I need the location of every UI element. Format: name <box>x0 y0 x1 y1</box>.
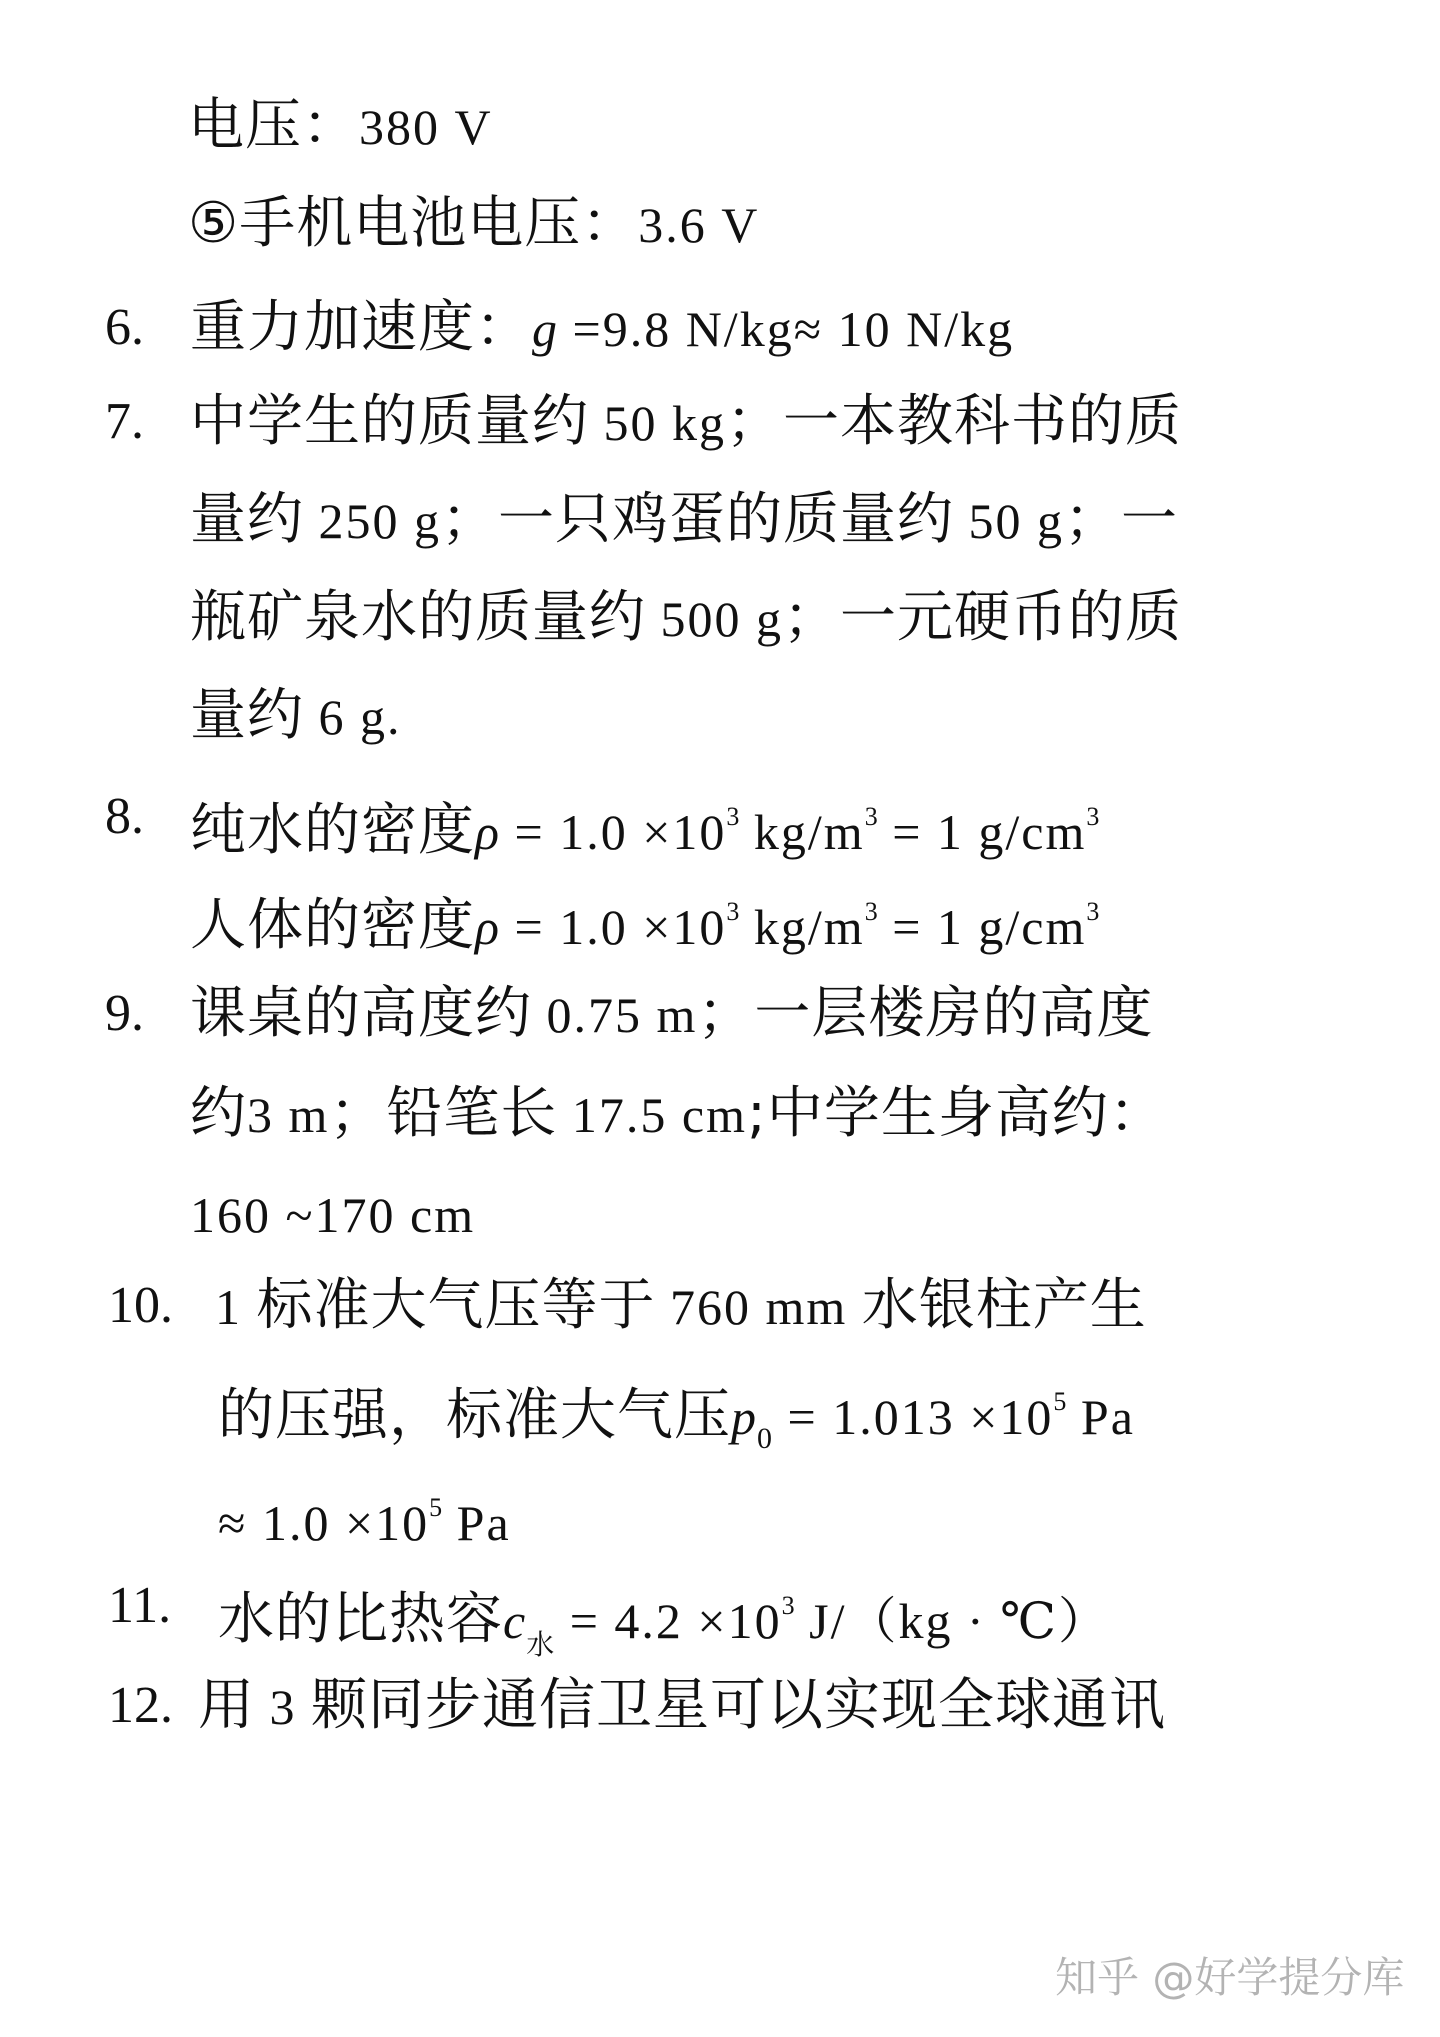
subscript: 0 <box>757 1422 773 1455</box>
value-text: 160 ~170 cm <box>190 1187 475 1243</box>
item-number: 9. <box>105 982 144 1046</box>
text: 水银柱产生 <box>862 1273 1147 1338</box>
subscript: 水 <box>526 1628 555 1661</box>
text: ;中学生身高约： <box>747 1081 1166 1146</box>
value-text: 3 m <box>247 1087 329 1143</box>
circled-number-marker: ⑤ <box>188 191 239 256</box>
value-text: 760 mm <box>656 1279 862 1335</box>
text: ；一本教科书的质 <box>726 389 1182 454</box>
label-text: 重力加速度： <box>190 295 532 360</box>
value-text: =9.8 N/kg≈ 10 N/kg <box>558 301 1014 357</box>
variable-c: c <box>503 1593 526 1649</box>
item-9-line-3: 160 ~170 cm <box>190 1182 475 1246</box>
item-9-line-2: 约3 m；铅笔长 17.5 cm;中学生身高约： <box>190 1082 1166 1146</box>
item-10-line-2: 的压强，标准大气压p0 = 1.013 ×105 Pa <box>218 1370 1135 1434</box>
unit-text: Pa <box>1066 1389 1135 1445</box>
value-text: 1 <box>215 1279 257 1335</box>
item-8-line-2: 人体的密度ρ = 1.0 ×103 kg/m3 = 1 g/cm3 <box>190 880 1099 944</box>
value-text: = 1.0 ×10 <box>500 899 726 955</box>
item-7-line-1: 中学生的质量约 50 kg；一本教科书的质 <box>190 390 1182 454</box>
value-text: ≈ 1.0 ×10 <box>218 1495 429 1551</box>
variable-p: p <box>731 1389 757 1445</box>
text: 量约 <box>190 487 304 552</box>
label-text: 电压： <box>188 93 359 158</box>
item-7-line-3: 瓶矿泉水的质量约 500 g；一元硬币的质 <box>190 586 1182 650</box>
exponent: 3 <box>782 1591 795 1620</box>
exponent: 3 <box>865 802 878 831</box>
value-text: = 1.013 ×10 <box>773 1389 1053 1445</box>
item-12-line-1: 用 3 颗同步通信卫星可以实现全球通讯 <box>198 1674 1166 1738</box>
value-text: 3 <box>255 1679 311 1735</box>
variable-rho: ρ <box>475 899 500 955</box>
item-7-line-2: 量约 250 g；一只鸡蛋的质量约 50 g；一 <box>190 488 1178 552</box>
text: 中学生的质量约 <box>190 389 589 454</box>
text: 的压强，标准大气压 <box>218 1383 731 1448</box>
exponent: 5 <box>1053 1387 1066 1416</box>
value-text: 0.75 m <box>532 987 697 1043</box>
item-7-line-4: 量约 6 g. <box>190 684 402 748</box>
value-text: 50 g <box>954 493 1064 549</box>
item-number: 12. <box>108 1674 173 1738</box>
text: ；一层楼房的高度 <box>697 981 1153 1046</box>
unit-text: kg/m <box>739 804 864 860</box>
text: 约 <box>190 1081 247 1146</box>
text: ；铅笔长 <box>329 1081 557 1146</box>
variable-g: g <box>532 301 558 357</box>
item-9-line-1: 课桌的高度约 0.75 m；一层楼房的高度 <box>190 982 1153 1046</box>
exponent: 3 <box>726 802 739 831</box>
text: 量约 <box>190 683 304 748</box>
value-text: 250 g <box>304 493 441 549</box>
text: 课桌的高度约 <box>190 981 532 1046</box>
item-4-line-1: 电压：380 V <box>188 94 493 158</box>
unit-text: = 1 g/cm <box>878 804 1087 860</box>
value-text: 50 kg <box>589 395 726 451</box>
item-11-line-1: 水的比热容c水 = 4.2 ×103 J/（kg · ℃） <box>218 1574 1110 1638</box>
unit-text: J/（kg · ℃） <box>795 1593 1110 1649</box>
value-text: 6 g. <box>304 689 402 745</box>
item-number: 10. <box>108 1274 173 1338</box>
item-10-line-3: ≈ 1.0 ×105 Pa <box>218 1476 511 1540</box>
text: 瓶矿泉水的质量约 <box>190 585 646 650</box>
value-text: 380 V <box>359 99 493 155</box>
variable-rho: ρ <box>475 804 500 860</box>
unit-text: = 1 g/cm <box>878 899 1087 955</box>
text: 人体的密度 <box>190 893 475 958</box>
item-number: 8. <box>105 785 144 849</box>
value-text: 3.6 V <box>638 197 759 253</box>
unit-text: Pa <box>442 1495 511 1551</box>
item-number: 6. <box>105 296 144 360</box>
item-6-line-1: 重力加速度：g =9.8 N/kg≈ 10 N/kg <box>190 296 1014 360</box>
value-text: 17.5 cm <box>557 1087 747 1143</box>
text: ；一 <box>1064 487 1178 552</box>
text: 标准大气压等于 <box>257 1273 656 1338</box>
exponent: 3 <box>726 897 739 926</box>
exponent: 5 <box>429 1493 442 1522</box>
item-number: 7. <box>105 390 144 454</box>
unit-text: kg/m <box>739 899 864 955</box>
label-text: 手机电池电压： <box>239 191 638 256</box>
item-10-line-1: 1 标准大气压等于 760 mm 水银柱产生 <box>215 1274 1147 1338</box>
text: ；一只鸡蛋的质量约 <box>441 487 954 552</box>
text: 水的比热容 <box>218 1587 503 1652</box>
text: 颗同步通信卫星可以实现全球通讯 <box>311 1673 1166 1738</box>
value-text: = 4.2 ×10 <box>555 1593 781 1649</box>
value-text: = 1.0 ×10 <box>500 804 726 860</box>
text: 纯水的密度 <box>190 798 475 863</box>
zhihu-watermark: 知乎 @好学提分库 <box>1055 1952 1404 2004</box>
item-5-line-1: ⑤手机电池电压：3.6 V <box>188 192 759 256</box>
item-number: 11. <box>108 1574 171 1638</box>
text: ；一元硬币的质 <box>783 585 1182 650</box>
item-8-line-1: 纯水的密度ρ = 1.0 ×103 kg/m3 = 1 g/cm3 <box>190 785 1099 849</box>
text: 用 <box>198 1673 255 1738</box>
exponent: 3 <box>1086 802 1099 831</box>
exponent: 3 <box>1086 897 1099 926</box>
exponent: 3 <box>865 897 878 926</box>
value-text: 500 g <box>646 591 783 647</box>
